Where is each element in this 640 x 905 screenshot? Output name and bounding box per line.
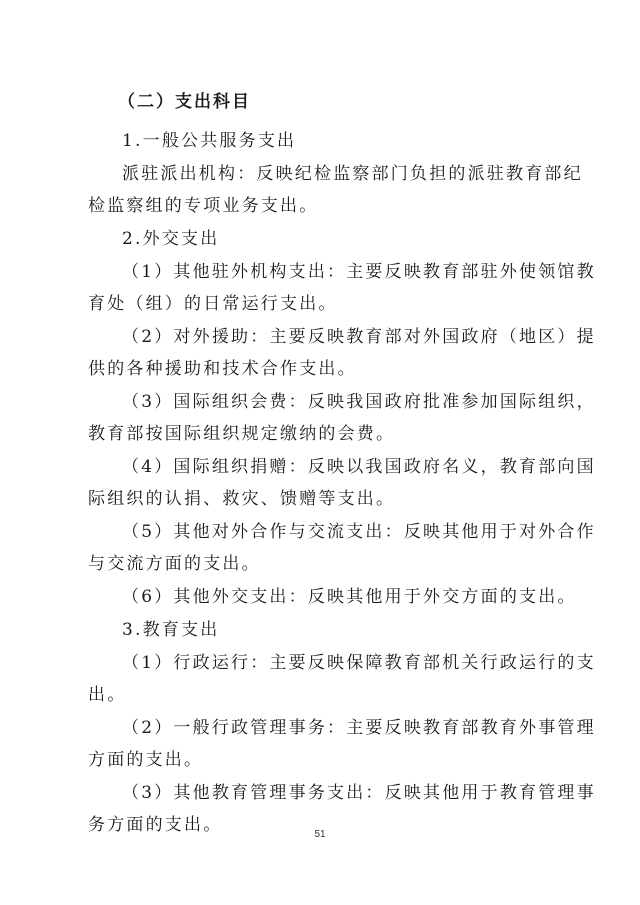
paragraph-line: （2）一般行政管理事务：主要反映教育部教育外事管理	[122, 717, 596, 739]
paragraph-line: （1）行政运行：主要反映保障教育部机关行政运行的支	[122, 652, 596, 674]
paragraph-line: 出。	[88, 684, 126, 706]
paragraph-line: 与交流方面的支出。	[88, 553, 261, 575]
paragraph-line: 育处（组）的日常运行支出。	[88, 293, 338, 315]
paragraph-line: （1）其他驻外机构支出：主要反映教育部驻外使领馆教	[122, 261, 596, 283]
paragraph-line: （5）其他对外合作与交流支出：反映其他用于对外合作	[122, 521, 596, 543]
paragraph-line: 检监察组的专项业务支出。	[88, 195, 318, 217]
paragraph-line: （4）国际组织捐赠：反映以我国政府名义，教育部向国	[122, 456, 596, 478]
paragraph-line: 际组织的认捐、救灾、馈赠等支出。	[88, 488, 395, 510]
subsection-heading: 2.外交支出	[122, 228, 219, 250]
paragraph-line: （6）其他外交支出：反映其他用于外交方面的支出。	[122, 586, 577, 608]
paragraph-line: （2）对外援助：主要反映教育部对外国政府（地区）提	[122, 326, 596, 348]
paragraph-line: 教育部按国际组织规定缴纳的会费。	[88, 423, 395, 445]
subsection-heading: 3.教育支出	[122, 619, 219, 641]
paragraph-line: 派驻派出机构：反映纪检监察部门负担的派驻教育部纪	[122, 163, 583, 185]
paragraph-line: （3）国际组织会费：反映我国政府批准参加国际组织，	[122, 391, 596, 413]
page-number: 51	[0, 829, 640, 840]
section-title: （二）支出科目	[118, 91, 251, 113]
subsection-heading: 1.一般公共服务支出	[122, 130, 296, 152]
paragraph-line: 方面的支出。	[88, 749, 203, 771]
paragraph-line: 供的各种援助和技术合作支出。	[88, 358, 357, 380]
paragraph-line: （3）其他教育管理事务支出：反映其他用于教育管理事	[122, 782, 596, 804]
document-page: （二）支出科目 1.一般公共服务支出派驻派出机构：反映纪检监察部门负担的派驻教育…	[0, 0, 640, 905]
